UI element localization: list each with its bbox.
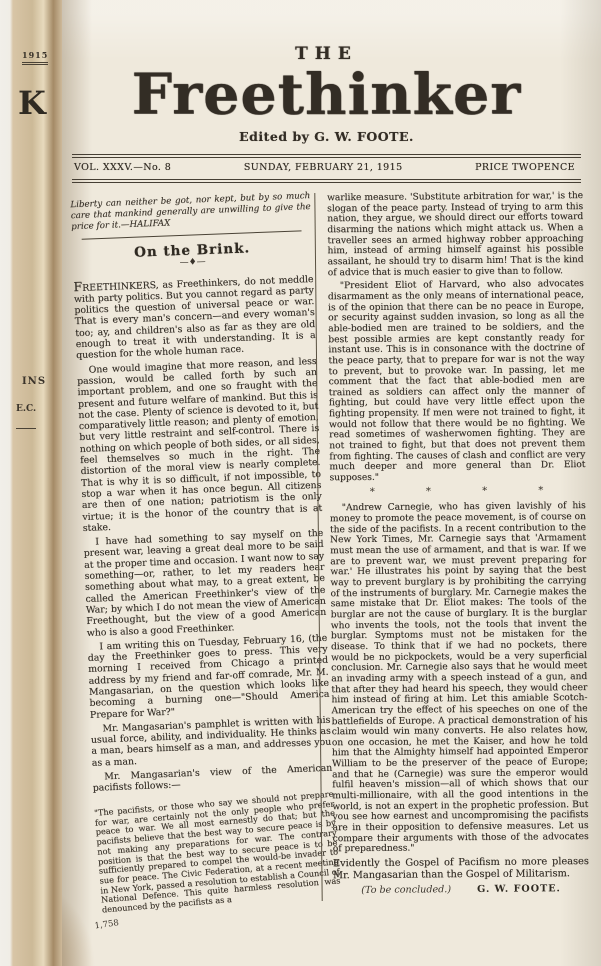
article-columns: Liberty can neither be got, nor kept, bu…: [70, 191, 583, 921]
scanned-newspaper-page: 1915 K INS E.C. THE Freethinker Edited b…: [0, 0, 601, 966]
article-paragraph: "Andrew Carnegie, who has given lavishly…: [330, 501, 589, 855]
article-paragraph: warlike measure. 'Substitute arbitration…: [327, 191, 584, 278]
article-paragraph: "President Eliot of Harvard, who also ad…: [328, 279, 586, 484]
masthead: THE Freethinker Edited by G. W. FOOTE.: [70, 44, 583, 144]
to-be-concluded-note: (To be concluded.): [361, 885, 451, 896]
issue-date: SUNDAY, FEBRUARY 21, 1915: [244, 162, 403, 173]
spine-letter-fragment: K: [18, 84, 46, 122]
spine-text-fragment-ec: E.C.: [16, 404, 36, 429]
motto-rule: [82, 230, 302, 239]
double-rule-bottom: [72, 179, 581, 183]
article-paragraph: Mr. Mangasarian's pamphlet is written wi…: [90, 714, 332, 768]
left-column: Liberty can neither be got, nor kept, bu…: [70, 191, 338, 930]
issue-info-bar: VOL. XXXV.—No. 8 SUNDAY, FEBRUARY 21, 19…: [70, 158, 583, 176]
masthead-editor-line: Edited by G. W. FOOTE.: [70, 129, 583, 144]
right-column: warlike measure. 'Substitute arbitration…: [327, 191, 589, 923]
spine-text-fragment-ins: INS: [22, 376, 46, 387]
article-closing-paragraph: Evidently the Gospel of Pacifism no more…: [333, 856, 589, 881]
article-paragraph: I am writing this on Tuesday, February 1…: [87, 632, 330, 720]
article-signature-line: (To be concluded.) G. W. FOOTE.: [333, 884, 589, 897]
article-paragraph: One would imagine that more reason, and …: [76, 356, 322, 535]
motto-quote: Liberty can neither be got, nor kept, bu…: [70, 191, 311, 233]
issue-volume: VOL. XXXV.—No. 8: [74, 162, 171, 173]
newspaper-page: THE Freethinker Edited by G. W. FOOTE. V…: [62, 0, 601, 966]
issue-price: PRICE TWOPENCE: [475, 162, 575, 173]
asterisk-separator: * * * *: [330, 486, 586, 499]
book-spine-edge: 1915 K INS E.C.: [0, 0, 62, 966]
masthead-title: Freethinker: [70, 67, 583, 123]
article-paragraph: FREETHINKERS, as Freethinkers, do not me…: [73, 272, 316, 362]
spine-year-label: 1915: [22, 50, 48, 65]
author-signature: G. W. FOOTE.: [477, 884, 561, 895]
article-paragraph: I have had something to say myself on th…: [83, 528, 327, 639]
